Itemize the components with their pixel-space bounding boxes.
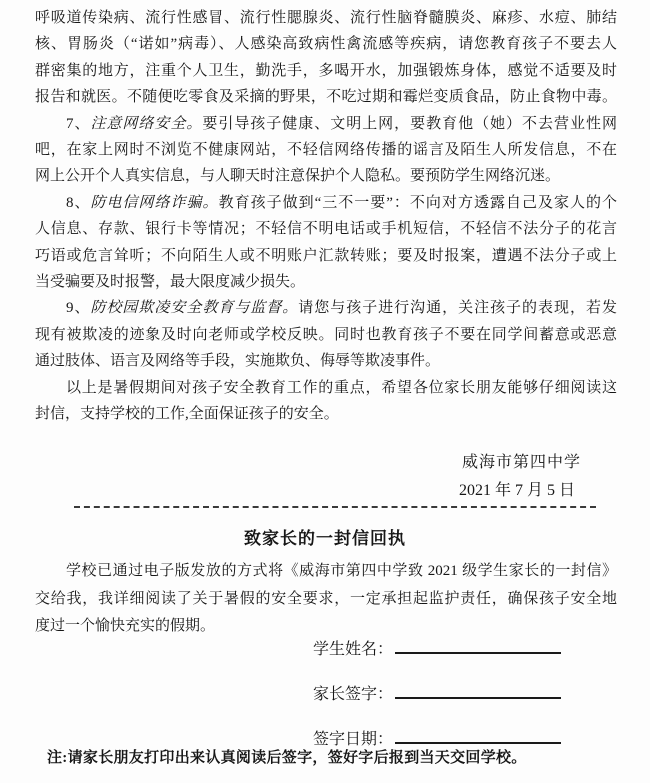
receipt-body: 学校已通过电子版发放的方式将《威海市第四中学致 2021 级学生家长的一封信》 … — [35, 558, 617, 641]
body-line-item-7: 7、注意网络安全。要引导孩子健康、文明上网，要教育他（她）不去营业性网 — [35, 111, 617, 137]
body-line: 以上是暑假期间对孩子安全教育工作的重点，希望各位家长朋友能够仔细阅读这 — [35, 375, 617, 401]
body-line-item-9: 9、防校园欺凌安全教育与监督。请您与孩子进行沟通，关注孩子的表现，若发 — [35, 295, 617, 321]
body-line: 人信息、存款、银行卡等情况；不轻信不明电话或手机短信，不轻信不法分子的花言 — [35, 216, 617, 242]
letter-body: 呼吸道传染病、流行性感冒、流行性腮腺炎、流行性脑脊髓膜炎、麻疹、水痘、肺结 核、… — [35, 5, 617, 428]
body-line: 报告和就医。不随便吃零食及采摘的野果，不吃过期和霉烂变质食品，防止食物中毒。 — [35, 84, 617, 110]
body-line: 核、胃肠炎（“诺如”病毒）、人感染高致病性禽流感等疾病，请您教育孩子不要去人 — [35, 31, 617, 57]
cut-separator-line — [74, 506, 596, 508]
letter-date: 2021 年 7 月 5 日 — [459, 477, 575, 500]
receipt-line: 学校已通过电子版发放的方式将《威海市第四中学致 2021 级学生家长的一封信》 — [35, 558, 617, 586]
body-line: 封信，支持学校的工作,全面保证孩子的安全。 — [35, 401, 617, 427]
receipt-line: 交给我，我详细阅读了关于暑假的安全要求，一定承担起监护责任，确保孩子安全地 — [35, 586, 617, 614]
school-name: 威海市第四中学 — [462, 449, 581, 472]
body-line: 群密集的地方，注重个人卫生，勤洗手，多喝开水，加强锻炼身体，感觉不适要及时 — [35, 58, 617, 84]
body-line: 当受骗要及时报警，最大限度减少损失。 — [35, 269, 617, 295]
receipt-title: 致家长的一封信回执 — [0, 524, 650, 549]
signature-row-student-name: 学生姓名： — [313, 636, 561, 659]
body-line-item-8: 8、防电信网络诈骗。教育孩子做到“三不一要”：不向对方透露自己及家人的个 — [35, 190, 617, 216]
parent-signature-blank-line — [395, 681, 561, 699]
student-name-blank-line — [395, 636, 561, 654]
body-line: 巧语或危言耸听；不向陌生人或不明账户汇款转账；要及时报案，遭遇不法分子或上 — [35, 243, 617, 269]
body-line: 通过肢体、语言及网络等手段，实施欺负、侮辱等欺凌事件。 — [35, 348, 617, 374]
body-line: 吧，在家上网时不浏览不健康网站，不轻信网络传播的谣言及陌生人所发信息，不在 — [35, 137, 617, 163]
signature-row-parent-signature: 家长签字： — [313, 681, 561, 704]
student-name-label: 学生姓名： — [313, 641, 393, 658]
parent-signature-label: 家长签字： — [313, 686, 393, 703]
footer-note: 注:请家长朋友打印出来认真阅读后签字，签好字后报到当天交回学校。 — [47, 746, 527, 767]
signature-date-blank-line — [395, 726, 561, 744]
body-line: 网上公开个人真实信息，与人聊天时注意保护个人隐私。要预防学生网络沉迷。 — [35, 163, 617, 189]
body-line: 现有被欺凌的迹象及时向老师或学校反映。同时也教育孩子不要在同学间蓄意或恶意 — [35, 322, 617, 348]
body-line: 呼吸道传染病、流行性感冒、流行性腮腺炎、流行性脑脊髓膜炎、麻疹、水痘、肺结 — [35, 5, 617, 31]
